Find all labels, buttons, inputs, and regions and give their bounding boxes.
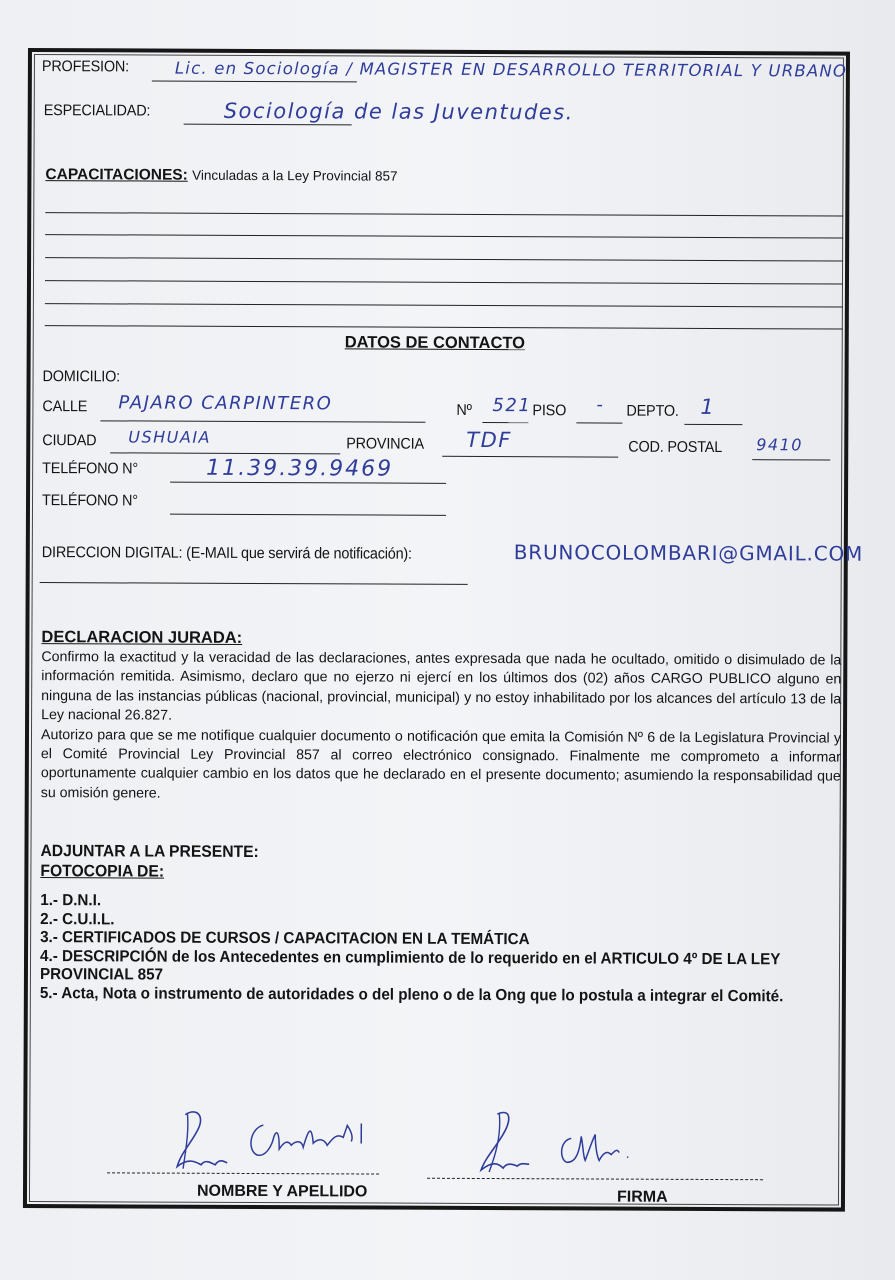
depto-label: DEPTO. <box>626 403 678 421</box>
firma-signature-drawing <box>467 1106 667 1179</box>
provincia-field[interactable]: TDF <box>466 428 512 452</box>
profesion-field[interactable]: Lic. en Sociología / MAGISTER EN DESARRO… <box>175 59 847 81</box>
email-label: DIRECCION DIGITAL: (E-MAIL que servirá d… <box>42 544 412 564</box>
form-frame: PROFESION: Lic. en Sociología / MAGISTER… <box>23 48 850 1212</box>
attachment-item: 5.- Acta, Nota o instrumento de autorida… <box>40 985 819 1007</box>
especialidad-label: ESPECIALIDAD: <box>44 102 151 120</box>
nombre-signature[interactable] <box>167 1103 407 1181</box>
contacto-title: DATOS DE CONTACTO <box>345 333 525 353</box>
calle-field[interactable]: PAJARO CARPINTERO <box>118 392 332 414</box>
domicilio-label: DOMICILIO: <box>43 368 121 386</box>
capacitaciones-description: Vinculadas a la Ley Provincial 857 <box>192 168 397 184</box>
capacitaciones-heading: CAPACITACIONES: Vinculadas a la Ley Prov… <box>45 166 397 186</box>
ciudad-label: CIUDAD <box>42 432 96 450</box>
piso-field[interactable]: - <box>596 394 604 415</box>
declaracion-paragraph-1: Confirmo la exactitud y la veracidad de … <box>41 648 841 729</box>
numero-underline <box>482 422 528 423</box>
declaracion-text: Confirmo la exactitud y la veracidad de … <box>41 648 842 807</box>
attachments-list: 1.- D.N.I. 2.- C.U.I.L. 3.- CERTIFICADOS… <box>40 892 819 1006</box>
provincia-label: PROVINCIA <box>346 435 424 453</box>
telefono1-field[interactable]: 11.39.39.9469 <box>206 456 393 482</box>
cod-postal-field[interactable]: 9410 <box>756 435 803 454</box>
numero-label: Nº <box>456 402 471 420</box>
depto-field[interactable]: 1 <box>700 395 715 419</box>
piso-label: PISO <box>532 402 566 420</box>
firma-signature[interactable] <box>467 1106 667 1184</box>
cod-postal-label: COD. POSTAL <box>628 439 722 457</box>
nombre-label: NOMBRE Y APELLIDO <box>197 1183 367 1202</box>
adjuntar-subtitle: FOTOCOPIA DE: <box>40 862 164 882</box>
telefono1-label: TELÉFONO N° <box>42 460 138 478</box>
profesion-label: PROFESION: <box>42 58 129 76</box>
telefono2-label: TELÉFONO N° <box>42 492 138 510</box>
nombre-signature-drawing <box>167 1103 407 1176</box>
numero-field[interactable]: 521 <box>492 395 531 416</box>
especialidad-field[interactable]: Sociología de las Juventudes. <box>224 99 574 125</box>
piso-underline <box>576 422 622 423</box>
declaracion-paragraph-2: Autorizo para que se me notifique cualqu… <box>41 726 841 807</box>
email-field[interactable]: BRUNOCOLOMBARI@GMAIL.COM <box>514 540 863 566</box>
adjuntar-title: ADJUNTAR A LA PRESENTE: <box>40 842 258 862</box>
ciudad-field[interactable]: USHUAIA <box>128 427 211 446</box>
firma-label: FIRMA <box>617 1189 668 1207</box>
capacitaciones-label: CAPACITACIONES: <box>45 166 187 184</box>
attachment-item: 4.- DESCRIPCIÓN de los Antecedentes en c… <box>40 948 800 988</box>
declaracion-title: DECLARACION JURADA: <box>41 628 242 648</box>
calle-label: CALLE <box>42 398 87 416</box>
